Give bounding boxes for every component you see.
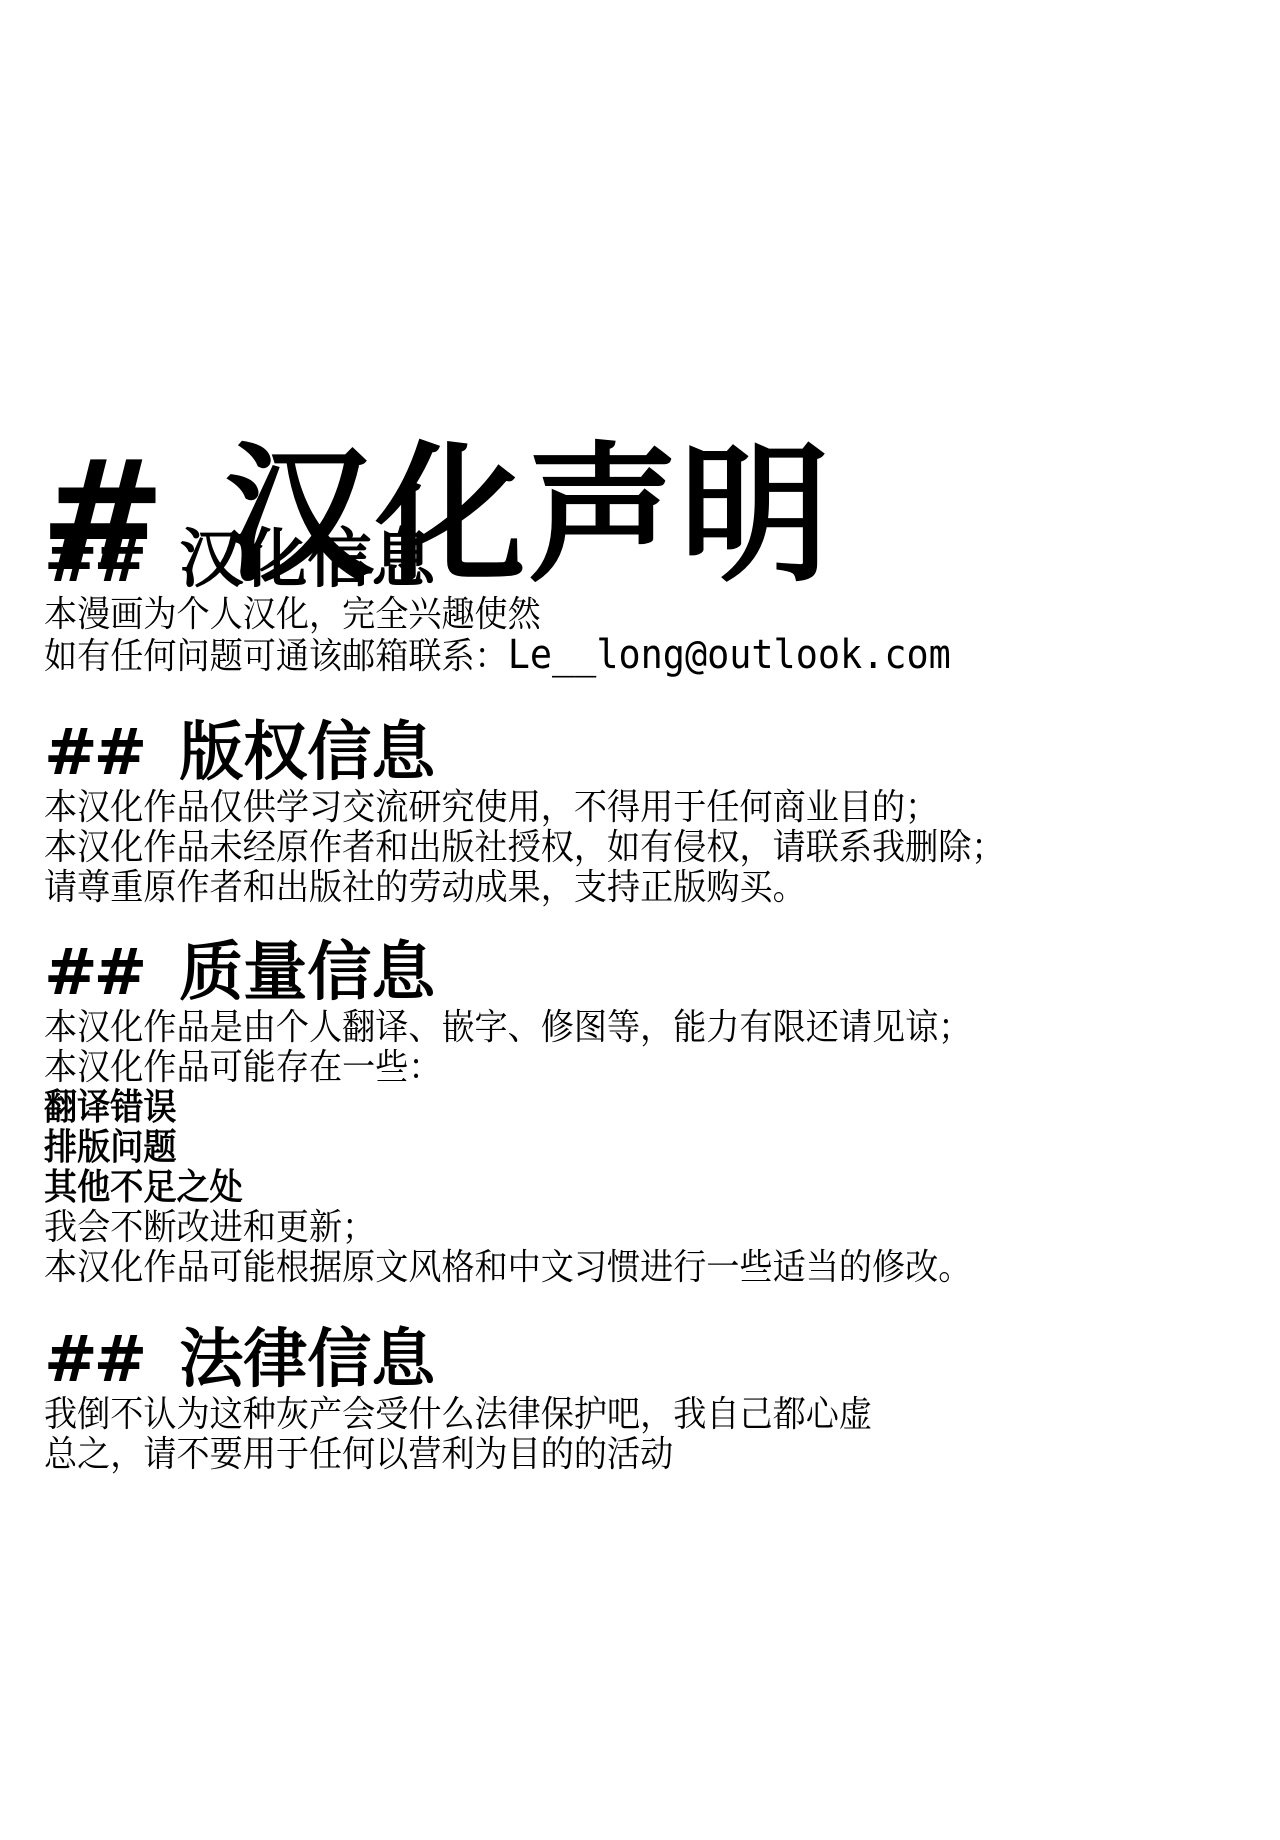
contact-prefix: 如有任何问题可通该邮箱联系：	[44, 636, 508, 677]
section-heading: ##质量信息	[44, 938, 1052, 1008]
heading-text: 法律信息	[179, 1323, 435, 1397]
heading-hash: ##	[44, 716, 143, 790]
text-line: 本漫画为个人汉化，完全兴趣使然	[44, 595, 951, 635]
text-line: 我会不断改进和更新；	[44, 1208, 971, 1248]
heading-text: 汉化信息	[179, 523, 435, 597]
contact-line: 如有任何问题可通该邮箱联系：Le__long@outlook.com	[44, 635, 951, 677]
section-heading: ##汉化信息	[44, 525, 1030, 595]
text-line: 本汉化作品仅供学习交流研究使用，不得用于任何商业目的；	[44, 788, 1004, 828]
heading-hash: ##	[44, 523, 143, 597]
text-line: 我倒不认为这种灰产会受什么法律保护吧，我自己都心虚	[44, 1395, 872, 1435]
heading-hash: ##	[44, 1323, 143, 1397]
section-quality-info: ##质量信息 本汉化作品是由个人翻译、嵌字、修图等，能力有限还请见谅； 本汉化作…	[44, 938, 1052, 1288]
section-legal-info: ##法律信息 我倒不认为这种灰产会受什么法律保护吧，我自己都心虚 总之，请不要用…	[44, 1325, 944, 1475]
heading-text: 质量信息	[179, 936, 435, 1010]
text-line: 本汉化作品是由个人翻译、嵌字、修图等，能力有限还请见谅；	[44, 1008, 971, 1048]
contact-email: Le__long@outlook.com	[508, 632, 951, 678]
disclaimer-page: #汉化声明 ##汉化信息 本漫画为个人汉化，完全兴趣使然 如有任何问题可通该邮箱…	[0, 0, 1280, 1840]
section-heading: ##版权信息	[44, 718, 1088, 788]
heading-hash: ##	[44, 936, 143, 1010]
issue-item: 其他不足之处	[44, 1168, 971, 1208]
section-heading: ##法律信息	[44, 1325, 944, 1395]
text-line: 请尊重原作者和出版社的劳动成果，支持正版购买。	[44, 868, 1004, 908]
issue-item: 排版问题	[44, 1128, 971, 1168]
section-translation-info: ##汉化信息 本漫画为个人汉化，完全兴趣使然 如有任何问题可通该邮箱联系：Le_…	[44, 525, 1030, 677]
text-line: 总之，请不要用于任何以营利为目的的活动	[44, 1435, 872, 1475]
section-copyright-info: ##版权信息 本汉化作品仅供学习交流研究使用，不得用于任何商业目的； 本汉化作品…	[44, 718, 1088, 908]
issue-item: 翻译错误	[44, 1088, 971, 1128]
text-line: 本汉化作品可能存在一些：	[44, 1048, 971, 1088]
heading-text: 版权信息	[179, 716, 435, 790]
text-line: 本汉化作品未经原作者和出版社授权，如有侵权，请联系我删除；	[44, 828, 1004, 868]
text-line: 本汉化作品可能根据原文风格和中文习惯进行一些适当的修改。	[44, 1248, 971, 1288]
